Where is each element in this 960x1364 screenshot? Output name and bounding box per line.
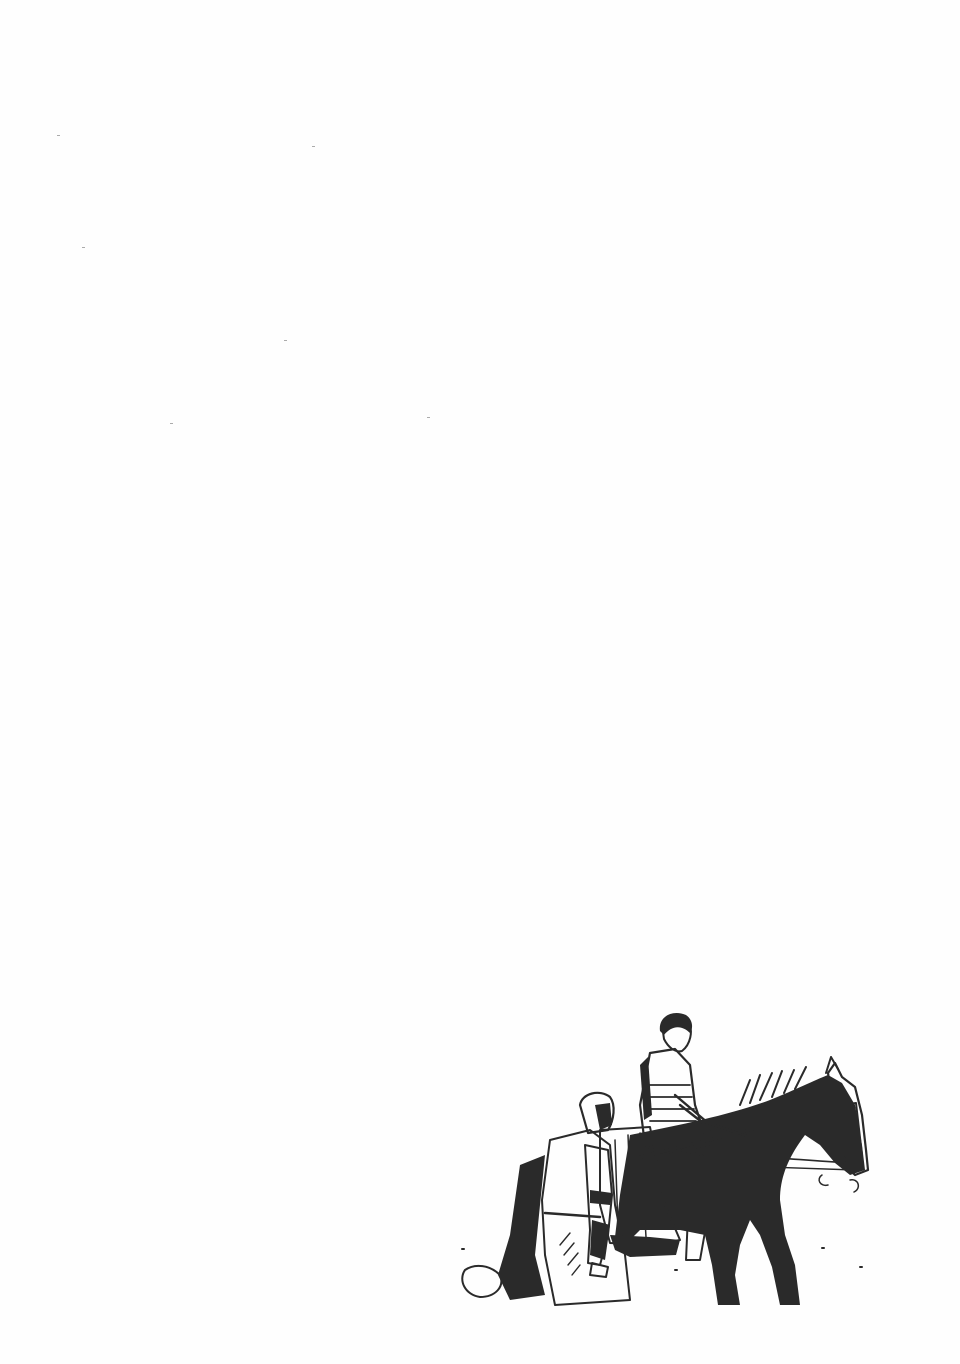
horse — [615, 1057, 868, 1305]
paper-speck — [312, 146, 315, 147]
paper-speck — [57, 135, 60, 136]
comic-page — [0, 0, 960, 1364]
paper-speck — [170, 423, 173, 424]
rider-and-knight-illustration — [450, 1005, 890, 1310]
paper-speck — [82, 247, 85, 248]
walking-knight — [462, 1093, 630, 1305]
paper-speck — [427, 417, 430, 418]
paper-speck — [284, 340, 287, 341]
